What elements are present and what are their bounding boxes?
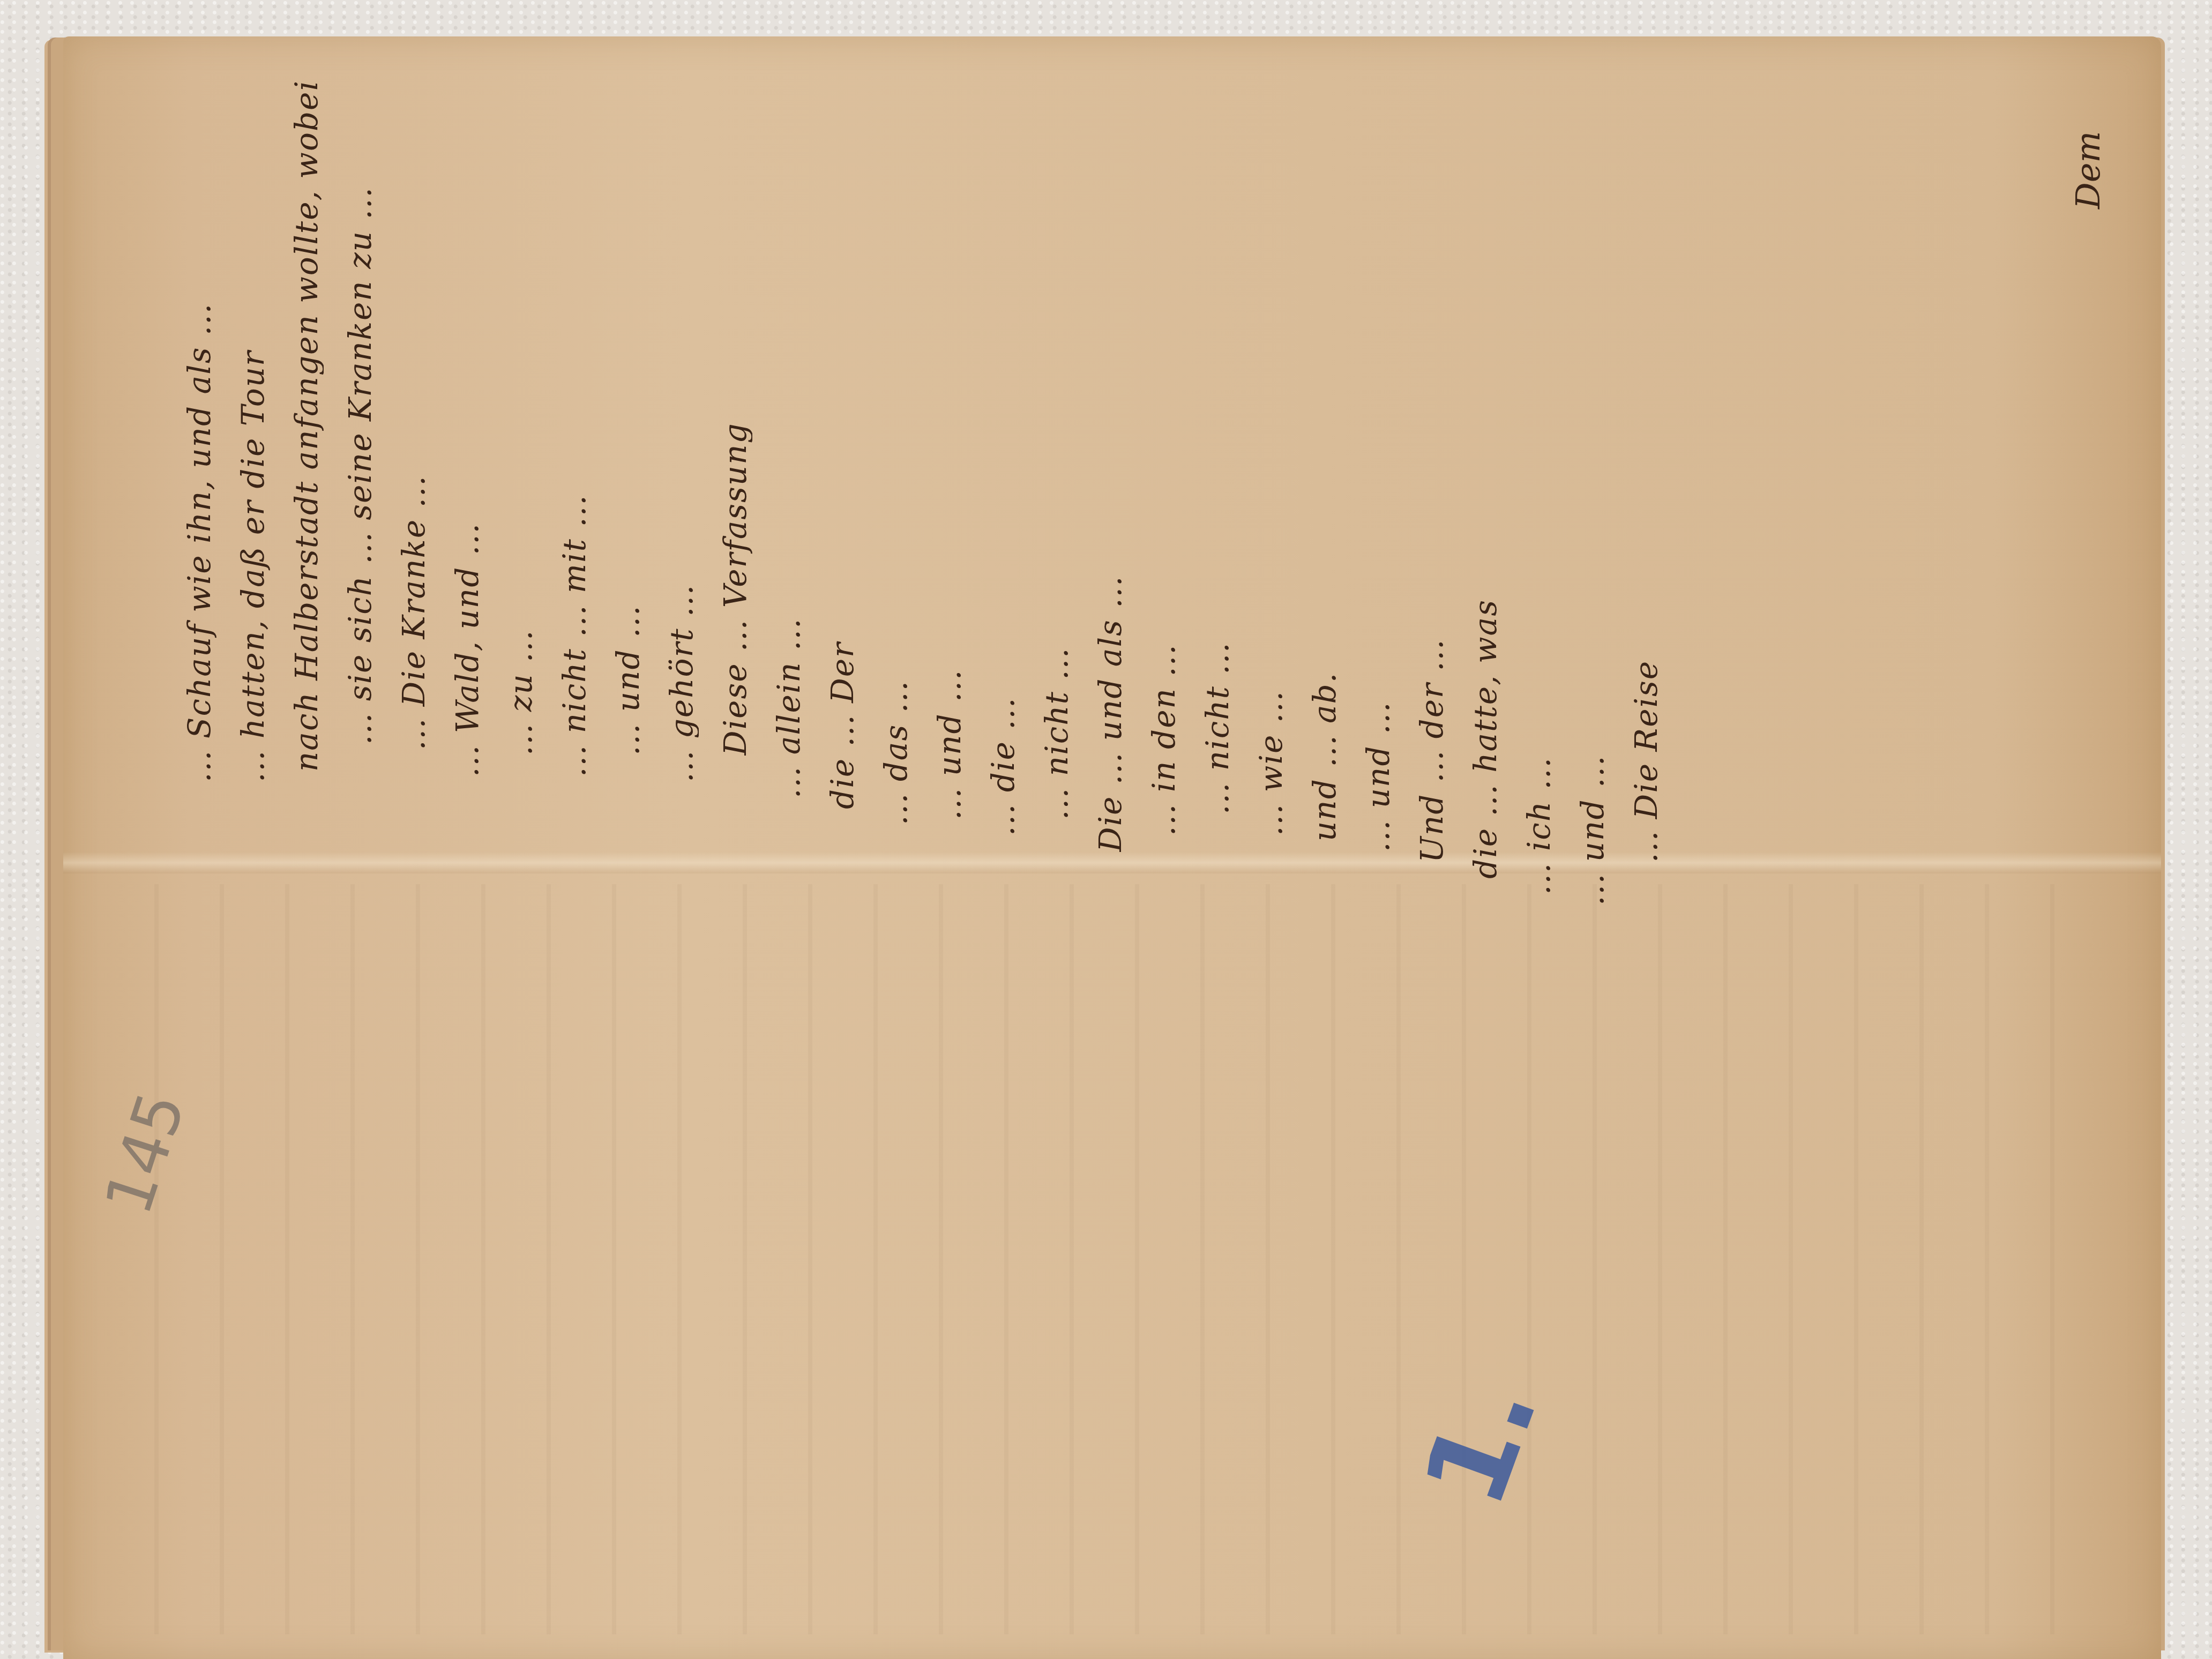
manuscript-line: ... und ...: [1575, 59, 1610, 906]
manuscript-line: ... und ...: [1361, 59, 1395, 852]
manuscript-line: Diese ... Verfassung: [718, 59, 752, 756]
manuscript-line: ... nicht ...: [1200, 59, 1235, 814]
manuscript-line: ... und ...: [611, 59, 645, 756]
manuscript-line: ... hatten, daß er die Tour: [236, 59, 270, 782]
manuscript-line: ... nicht ...: [1040, 59, 1074, 820]
manuscript-line: ... wie ...: [1254, 59, 1288, 836]
manuscript-line: ... Die Reise: [1629, 59, 1663, 863]
manuscript-line: ... und ...: [932, 59, 967, 820]
handwritten-text-block: ... Schauf wie ihn, und als ...... hatte…: [0, 0, 2212, 1659]
manuscript-line: ... gehört ...: [664, 59, 699, 782]
manuscript-line: ... in den ...: [1147, 59, 1181, 836]
manuscript-line: ... das ...: [879, 59, 913, 825]
manuscript-line: ... Wald, und ...: [450, 59, 484, 777]
manuscript-line: Die ... und als ...: [1093, 59, 1127, 852]
manuscript-line: und ... ab.: [1307, 59, 1342, 841]
manuscript-line: ... Schauf wie ihn, und als ...: [182, 59, 216, 782]
manuscript-line: ... nicht ... mit ...: [557, 59, 592, 777]
manuscript-line: die ... hatte, was: [1468, 59, 1503, 879]
catchword: Dem: [2068, 102, 2106, 209]
manuscript-line: ... die ...: [986, 59, 1020, 836]
manuscript-line: Und ... der ...: [1415, 59, 1449, 863]
manuscript-line: ... ich ...: [1522, 59, 1556, 895]
manuscript-line: nach Halberstadt anfangen wollte, wobei: [289, 59, 324, 772]
manuscript-line: ... Die Kranke ...: [397, 59, 431, 750]
manuscript-line: ... sie sich ... seine Kranken zu ...: [343, 59, 377, 745]
manuscript-line: die ... Der: [825, 59, 860, 809]
manuscript-line: ... allein ...: [772, 59, 806, 798]
manuscript-line: ... zu ...: [504, 59, 538, 756]
